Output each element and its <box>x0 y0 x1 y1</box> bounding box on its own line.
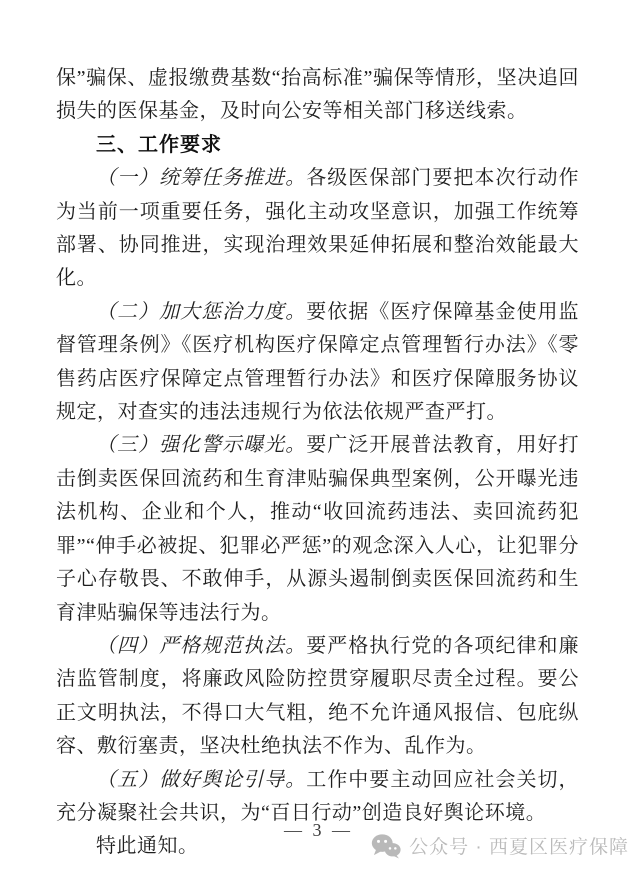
document-body: 保”骗保、虚报缴费基数“抬高标准”骗保等情形，坚决追回损失的医保基金，及时向公安… <box>56 62 579 864</box>
list-item-paragraph: （一）统筹任务推进。各级医保部门要把本次行动作为当前一项重要任务，强化主动攻坚意… <box>56 162 579 296</box>
watermark: 公众号 · 西夏区医疗保障 <box>371 832 629 859</box>
paragraph-continuation: 保”骗保、虚报缴费基数“抬高标准”骗保等情形，坚决追回损失的医保基金，及时向公安… <box>56 62 579 129</box>
wechat-icon <box>371 833 401 859</box>
section-heading: 三、工作要求 <box>56 129 579 162</box>
item-lead: （四）严格规范执法。 <box>96 635 306 657</box>
item-body: 要广泛开展普法教育，用好打击倒卖医保回流药和生育津贴骗保典型案例，公开曝光违法机… <box>56 434 579 623</box>
list-item-paragraph: （二）加大惩治力度。要依据《医疗保障基金使用监督管理条例》《医疗机构医疗保障定点… <box>56 296 579 430</box>
item-lead: （二）加大惩治力度。 <box>96 301 306 323</box>
list-item-paragraph: （四）严格规范执法。要严格执行党的各项纪律和廉洁监管制度，将廉政风险防控贯穿履职… <box>56 630 579 764</box>
item-lead: （三）强化警示曝光。 <box>96 434 306 456</box>
watermark-label: 公众号 · 西夏区医疗保障 <box>409 832 629 859</box>
list-item-paragraph: （三）强化警示曝光。要广泛开展普法教育，用好打击倒卖医保回流药和生育津贴骗保典型… <box>56 429 579 629</box>
item-lead: （五）做好舆论引导。 <box>96 769 306 791</box>
item-lead: （一）统筹任务推进。 <box>96 167 306 189</box>
